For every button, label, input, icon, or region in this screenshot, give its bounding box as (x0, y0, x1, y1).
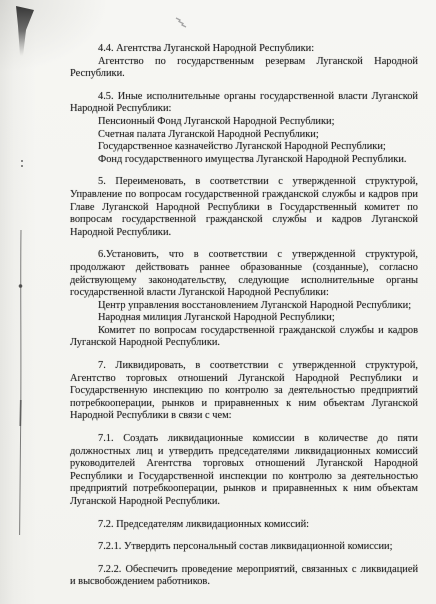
para-7-1: 7.1. Создать ликвидационные комиссии в к… (70, 433, 418, 509)
scanned-document-page: 4.4. Агентства Луганской Народной Респуб… (0, 0, 436, 604)
text-line: Государственную инспекцию по контролю за… (70, 385, 418, 398)
text-line: Пенсионный Фонд Луганской Народной Респу… (70, 116, 418, 129)
text-line: должностных лиц и утвердить председателя… (70, 446, 418, 459)
para-6-item-1: Центр управления восстановлением Луганск… (70, 300, 418, 313)
text-line: Народной Республики: (70, 103, 418, 116)
para-4-5-item-4: Фонд государственного имущества Луганско… (70, 154, 418, 167)
text-line: 7.2.1. Утвердить персональный состав лик… (70, 541, 418, 554)
para-6: 6.Установить, что в соответствии с утвер… (70, 249, 418, 299)
text-line: Луганской Народной Республики. (70, 337, 418, 350)
text-line: и высвобождением работников. (70, 576, 418, 589)
para-5: 5. Переименовать, в соответствии с утвер… (70, 176, 418, 239)
text-line: 5. Переименовать, в соответствии с утвер… (70, 176, 418, 189)
speck-dot-artifact (21, 160, 23, 162)
ring-speck-artifact (19, 284, 23, 288)
text-line: 7. Ликвидировать, в соответствии с утвер… (70, 360, 418, 373)
text-line: действующему законодательству, следующие… (70, 275, 418, 288)
para-6-item-2: Народная милиция Луганской Народной Респ… (70, 312, 418, 325)
para-7-2: 7.2. Председателям ликвидационных комисс… (70, 519, 418, 532)
text-line: предприятий потребкооперации, рынков и п… (70, 483, 418, 496)
para-4-5-item-1: Пенсионный Фонд Луганской Народной Респу… (70, 116, 418, 129)
para-4-5-title: 4.5. Иные исполнительные органы государс… (70, 91, 418, 116)
text-line: потребкооперации, рынков и приравненных … (70, 398, 418, 411)
document-text: 4.4. Агентства Луганской Народной Респуб… (70, 43, 418, 589)
para-4-5-item-2: Счетная палата Луганской Народной Респуб… (70, 129, 418, 142)
text-line: Народной Республики. (70, 227, 418, 240)
left-edge-crease-line-artifact (20, 230, 21, 535)
text-line: Центр управления восстановлением Луганск… (70, 300, 418, 313)
text-line: Народной Республики в связи с чем: (70, 410, 418, 423)
text-line: Комитет по вопросам государственной граж… (70, 325, 418, 338)
text-line: Республики и Государственной инспекции п… (70, 471, 418, 484)
text-line: 4.5. Иные исполнительные органы государс… (70, 91, 418, 104)
text-line: 7.1. Создать ликвидационные комиссии в к… (70, 433, 418, 446)
text-line: 4.4. Агентства Луганской Народной Респуб… (70, 43, 418, 56)
text-line: 7.2.2. Обеспечить проведение мероприятий… (70, 564, 418, 577)
para-7: 7. Ликвидировать, в соответствии с утвер… (70, 360, 418, 423)
para-7-2-2: 7.2.2. Обеспечить проведение мероприятий… (70, 564, 418, 589)
text-line: Луганской Народной Республики. (70, 496, 418, 509)
squiggle-mark-artifact (176, 18, 186, 27)
text-line: Главе Луганской Народной Республики в Го… (70, 202, 418, 215)
para-4-4-body: Агентство по государственным резервам Лу… (70, 56, 418, 81)
text-line: Фонд государственного имущества Луганско… (70, 154, 418, 167)
speck-dot-artifact (21, 165, 23, 167)
crease-dark-knot-artifact (20, 400, 21, 426)
text-line: Агентство торговых отношений Луганской Н… (70, 373, 418, 386)
text-line: 6.Установить, что в соответствии с утвер… (70, 249, 418, 262)
text-line: Управление по вопросам государственной г… (70, 189, 418, 202)
text-line: Агентство по государственным резервам Лу… (70, 56, 418, 69)
text-line: Государственное казначейство Луганской Н… (70, 141, 418, 154)
text-line: Народная милиция Луганской Народной Респ… (70, 312, 418, 325)
text-line: Республики. (70, 68, 418, 81)
para-7-2-1: 7.2.1. Утвердить персональный состав лик… (70, 541, 418, 554)
text-line: Счетная палата Луганской Народной Респуб… (70, 129, 418, 142)
text-line: государственной власти Луганской Народно… (70, 287, 418, 300)
para-6-item-3: Комитет по вопросам государственной граж… (70, 325, 418, 350)
text-line: руководителей Агентства торговых отношен… (70, 458, 418, 471)
scan-fold-wedge-artifact (16, 6, 34, 56)
text-line: продолжают действовать раннее образованн… (70, 262, 418, 275)
text-line: 7.2. Председателям ликвидационных комисс… (70, 519, 418, 532)
text-line: вопросам государственной гражданской слу… (70, 214, 418, 227)
para-4-5-item-3: Государственное казначейство Луганской Н… (70, 141, 418, 154)
para-4-4-title: 4.4. Агентства Луганской Народной Респуб… (70, 43, 418, 56)
